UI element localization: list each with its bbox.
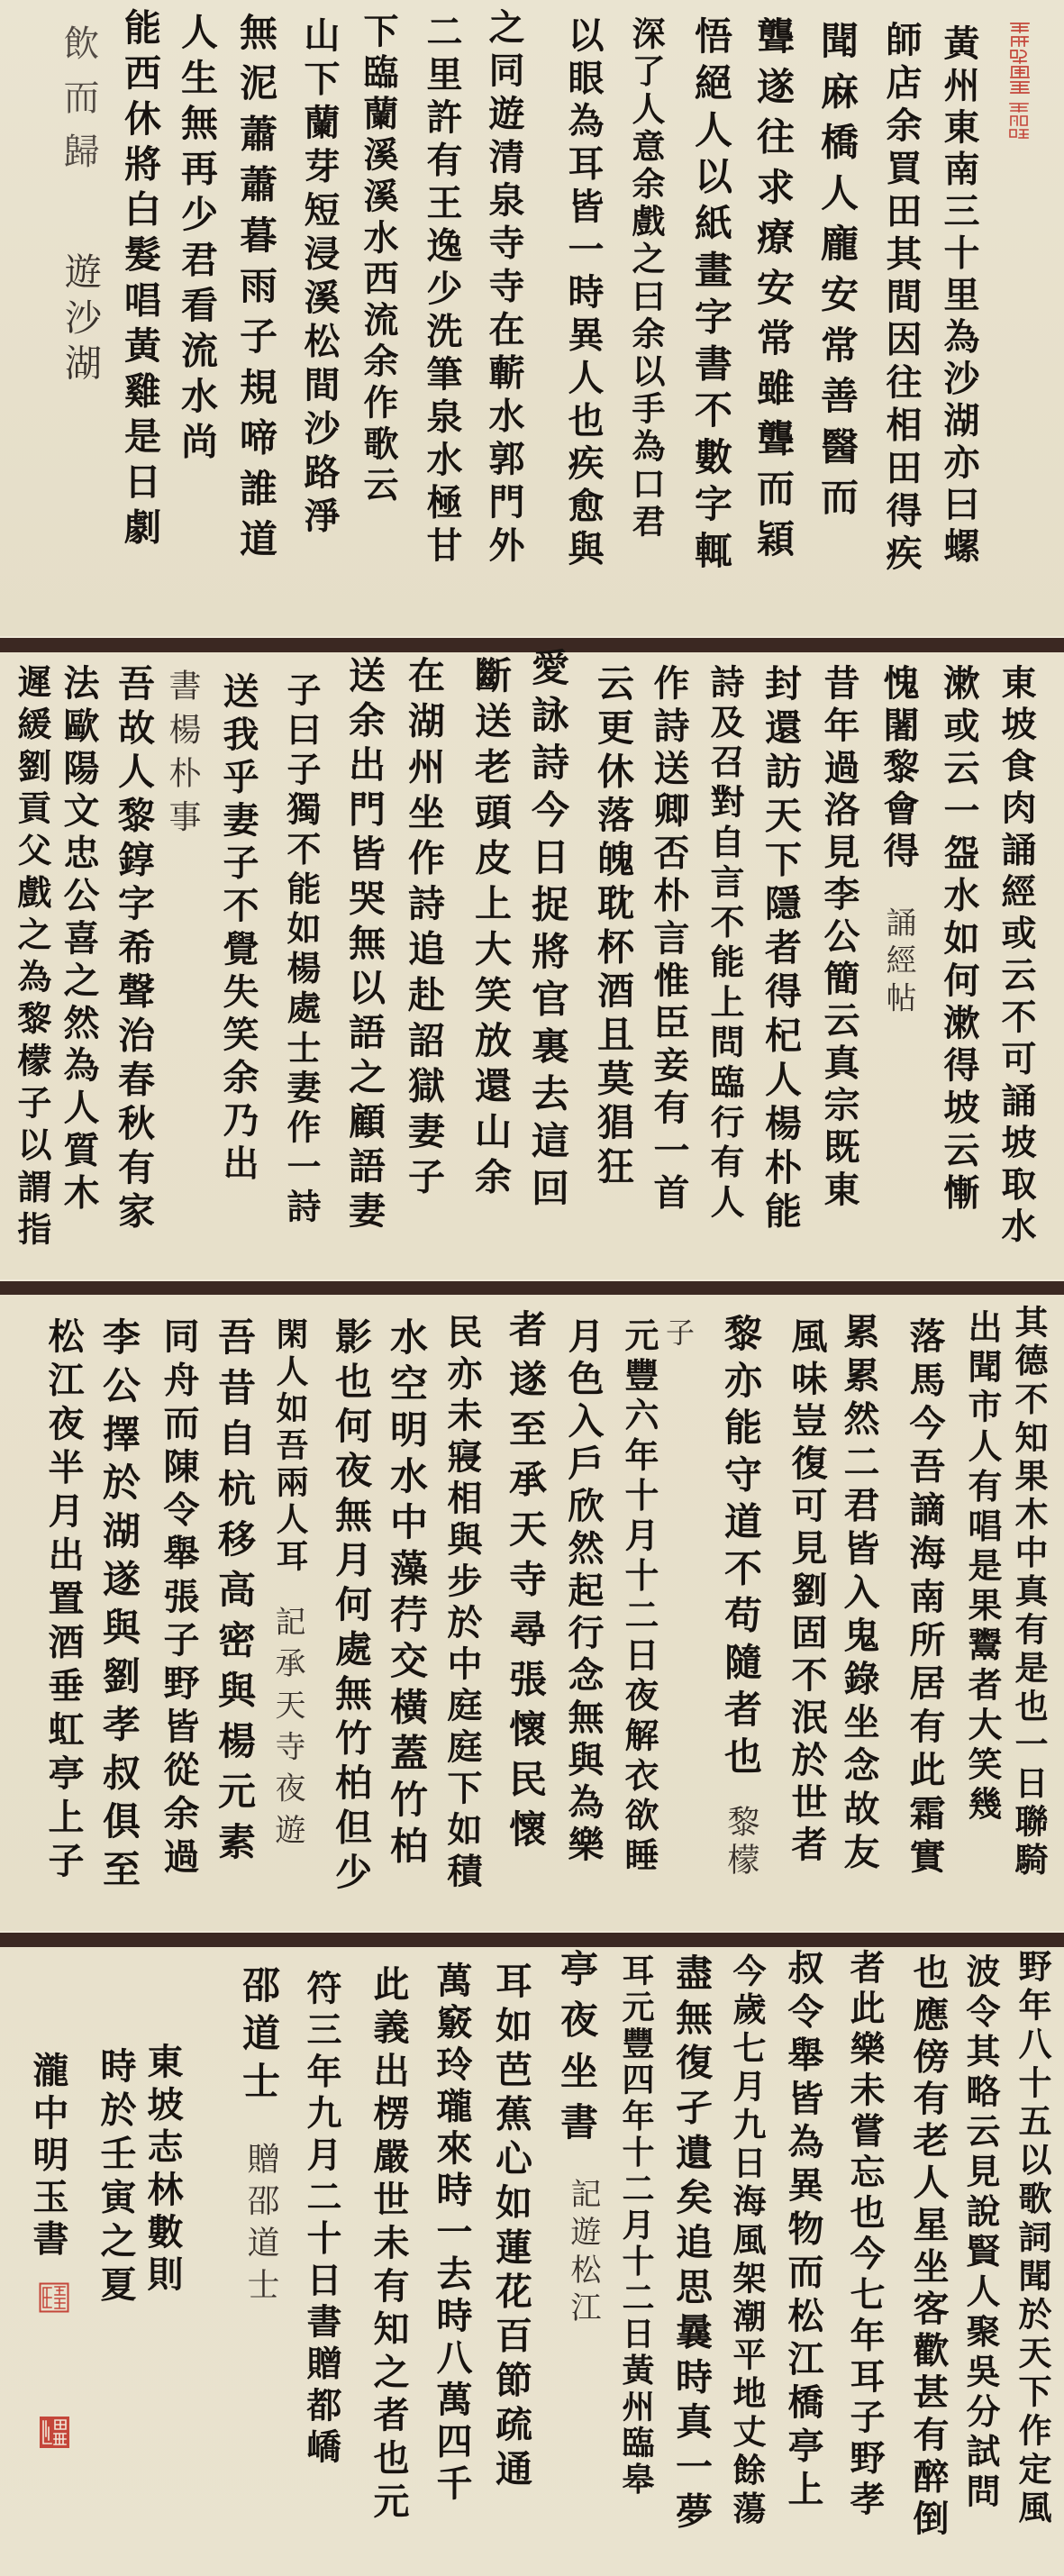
- text-column: 民亦未寢相與步於中庭庭下如積: [444, 1314, 479, 1894]
- artist-signature: 瀧中明玉書: [30, 2052, 66, 2262]
- text-column: 深了人意余戲之曰余以手為口君: [629, 16, 662, 541]
- text-column: 愛詠詩今日捉將官裏去這回: [529, 648, 567, 1215]
- text-column: 也應傍有老人星坐客歡甚有醉倒: [910, 1953, 946, 2541]
- text-column: 松江夜半月出置酒垂虹亭上子: [45, 1317, 81, 1886]
- text-column: 愧闍黎會得: [880, 664, 916, 873]
- text-column: 野年八十五以歌詞聞於天下作定風: [1015, 1949, 1049, 2529]
- text-column: 累累然二君皆入鬼錄坐念故友: [841, 1313, 877, 1876]
- text-column: 今歲七月九日海風架潮平地丈餘蕩: [730, 1953, 763, 2529]
- text-column: 法歐陽文忠公喜之然為人質木: [60, 664, 96, 1215]
- text-column: 師店余買田其間因往相田得疾: [883, 21, 919, 578]
- text-column: 風味豈復可見劉固不泯於世者: [788, 1317, 824, 1868]
- mount-divider-bar: [0, 1281, 1064, 1295]
- square-relief-seal-icon: [39, 2282, 69, 2313]
- text-column: 水空明水中藻荇交橫蓋竹柏: [387, 1317, 425, 1872]
- text-column: 飲而歸: [60, 24, 96, 187]
- text-column: 吾昔自杭移高密與楊元素: [215, 1317, 253, 1872]
- text-column: 影也何夜無月何處無竹柏但少: [332, 1317, 368, 1898]
- text-column: 之同遊清泉寺寺在蘄水郭門外: [486, 8, 522, 569]
- text-column: 出聞市人有唱是果鬻者大笑幾: [965, 1309, 999, 1825]
- calligraphy-handscroll: 黃州東南三十里為沙湖亦曰螺 師店余買田其間因往相田得疾 聞麻橋人龐安常善醫而 聾…: [0, 0, 1064, 2576]
- text-column: 昔年過洛見李公簡云真宗既東: [821, 664, 857, 1212]
- text-column: 波令其略云見說賢人聚吳分試問: [963, 1953, 997, 2514]
- text-column: 李公擇於湖遂與劉孝叔俱至: [100, 1317, 138, 1898]
- text-column: 閑人如吾兩人耳: [274, 1317, 306, 1576]
- text-column: 作詩送卿否朴言惟臣妾有一首: [650, 664, 687, 1215]
- essay-title: 書楊朴事: [166, 669, 198, 843]
- text-column: 耳如芭蕉心如蓮花百節疏通: [492, 1962, 529, 2493]
- essay-title: 誦經帖: [883, 906, 914, 1019]
- relief-seal-icon: [1007, 101, 1031, 141]
- square-intaglio-seal-icon: [40, 2417, 69, 2448]
- vertical-relief-seal-icon: [1008, 21, 1032, 96]
- text-column: 其德不知果木中真有是也一日聯騎: [1012, 1305, 1045, 1880]
- text-column: 山下蘭芽短浸溪松間沙路淨: [301, 16, 337, 541]
- text-column: 落馬今吾謫海南所居有此霜實: [906, 1317, 942, 1880]
- essay-title: 遊沙湖: [61, 252, 98, 389]
- essay-title: 子: [664, 1317, 693, 1346]
- text-column: 叔令舉皆為異物而松江橋亭上: [785, 1949, 821, 2514]
- text-column: 聞麻橋人龐安常善醫而: [818, 21, 856, 528]
- text-column: 符三年九月二十日書贈都嶠: [304, 1970, 339, 2471]
- essay-title: 贈邵道士: [244, 2142, 277, 2309]
- text-column: 能西休將白髮唱黃雞是日劇: [121, 8, 158, 553]
- text-column: 子曰子獨不能如楊處士妻作一詩: [284, 672, 318, 1228]
- text-column: 悟絕人以紙畫字書不數字輒: [692, 16, 730, 578]
- text-column: 送我乎妻子不覺失笑余乃出: [220, 672, 256, 1187]
- text-column: 在湖州坐作詩追赴詔獄妻子: [405, 656, 441, 1203]
- text-column: 邵道士: [240, 1965, 277, 2109]
- text-column: 云更休落魄耽杯酒且莫猖狂: [594, 664, 631, 1190]
- text-column: 同舟而陳令舉張子野皆從余過: [160, 1317, 196, 1880]
- text-column: 斷送老頭皮上大笑放還山余: [471, 656, 508, 1203]
- text-column: 亭夜坐書: [558, 1949, 596, 2153]
- text-column: 東坡食肉誦經或云不可誦坡取水: [998, 664, 1033, 1250]
- text-column: 二里許有王逸少洗筆泉水極甘: [423, 13, 459, 569]
- text-column: 者此樂未嘗忘也今七年耳子野孝: [847, 1949, 882, 2522]
- text-column: 此義出楞嚴世未有知之者也元: [370, 1965, 406, 2525]
- text-column: 遲緩劉貢父戲之為黎檬子以謂指: [14, 664, 49, 1253]
- essay-title: 黎檬: [724, 1805, 757, 1880]
- essay-title: 記遊松江: [568, 2178, 598, 2329]
- mount-divider-bar: [0, 1933, 1064, 1947]
- text-column: 以眼為耳皆一時異人也疾愈與: [565, 16, 601, 573]
- text-column: 盡無復孑遺矣追思曩時真一夢: [672, 1953, 709, 2536]
- text-column: 月色入戶欣然起行念無與為樂: [565, 1317, 601, 1868]
- text-column: 黎亦能守道不苟隨者也: [722, 1314, 759, 1783]
- text-column: 耳元豐四年十二月十二日黃州臨皋: [620, 1953, 652, 2499]
- text-column: 送余出門皆哭無以語之顧語妻: [345, 656, 382, 1236]
- text-column: 者遂至承天寺尋張懷民懷: [506, 1309, 544, 1860]
- text-column: 下臨蘭溪溪水西流余作歌云: [360, 13, 396, 508]
- text-column: 黃州東南三十里為沙湖亦曰螺: [941, 24, 977, 569]
- text-column: 人生無再少君看流水尚: [177, 13, 214, 468]
- text-column: 吾故人黎錞字希聲治春秋有家: [114, 664, 151, 1235]
- essay-title: 記承天寺夜遊: [272, 1606, 303, 1855]
- colophon-date: 時於壬寅之夏: [97, 2047, 133, 2309]
- text-column: 漱或云一盌水如何漱得坡云慚: [941, 664, 977, 1215]
- text-column: 封還訪天下隱者得杞人楊朴能: [761, 664, 798, 1235]
- text-column: 詩及召對自言不能上問臨行有人: [707, 664, 741, 1224]
- text-column: 萬竅玲瓏來時一去時八萬四千: [433, 1962, 469, 2507]
- colophon-title: 東坡志林數則: [144, 2043, 180, 2298]
- text-column: 聾遂往求療安常雖聾而穎: [754, 16, 792, 569]
- text-column: 元豐六年十月十二日夜解衣欲睡: [622, 1317, 656, 1878]
- text-column: 無泥蕭蕭暮雨子規啼誰道: [237, 13, 275, 569]
